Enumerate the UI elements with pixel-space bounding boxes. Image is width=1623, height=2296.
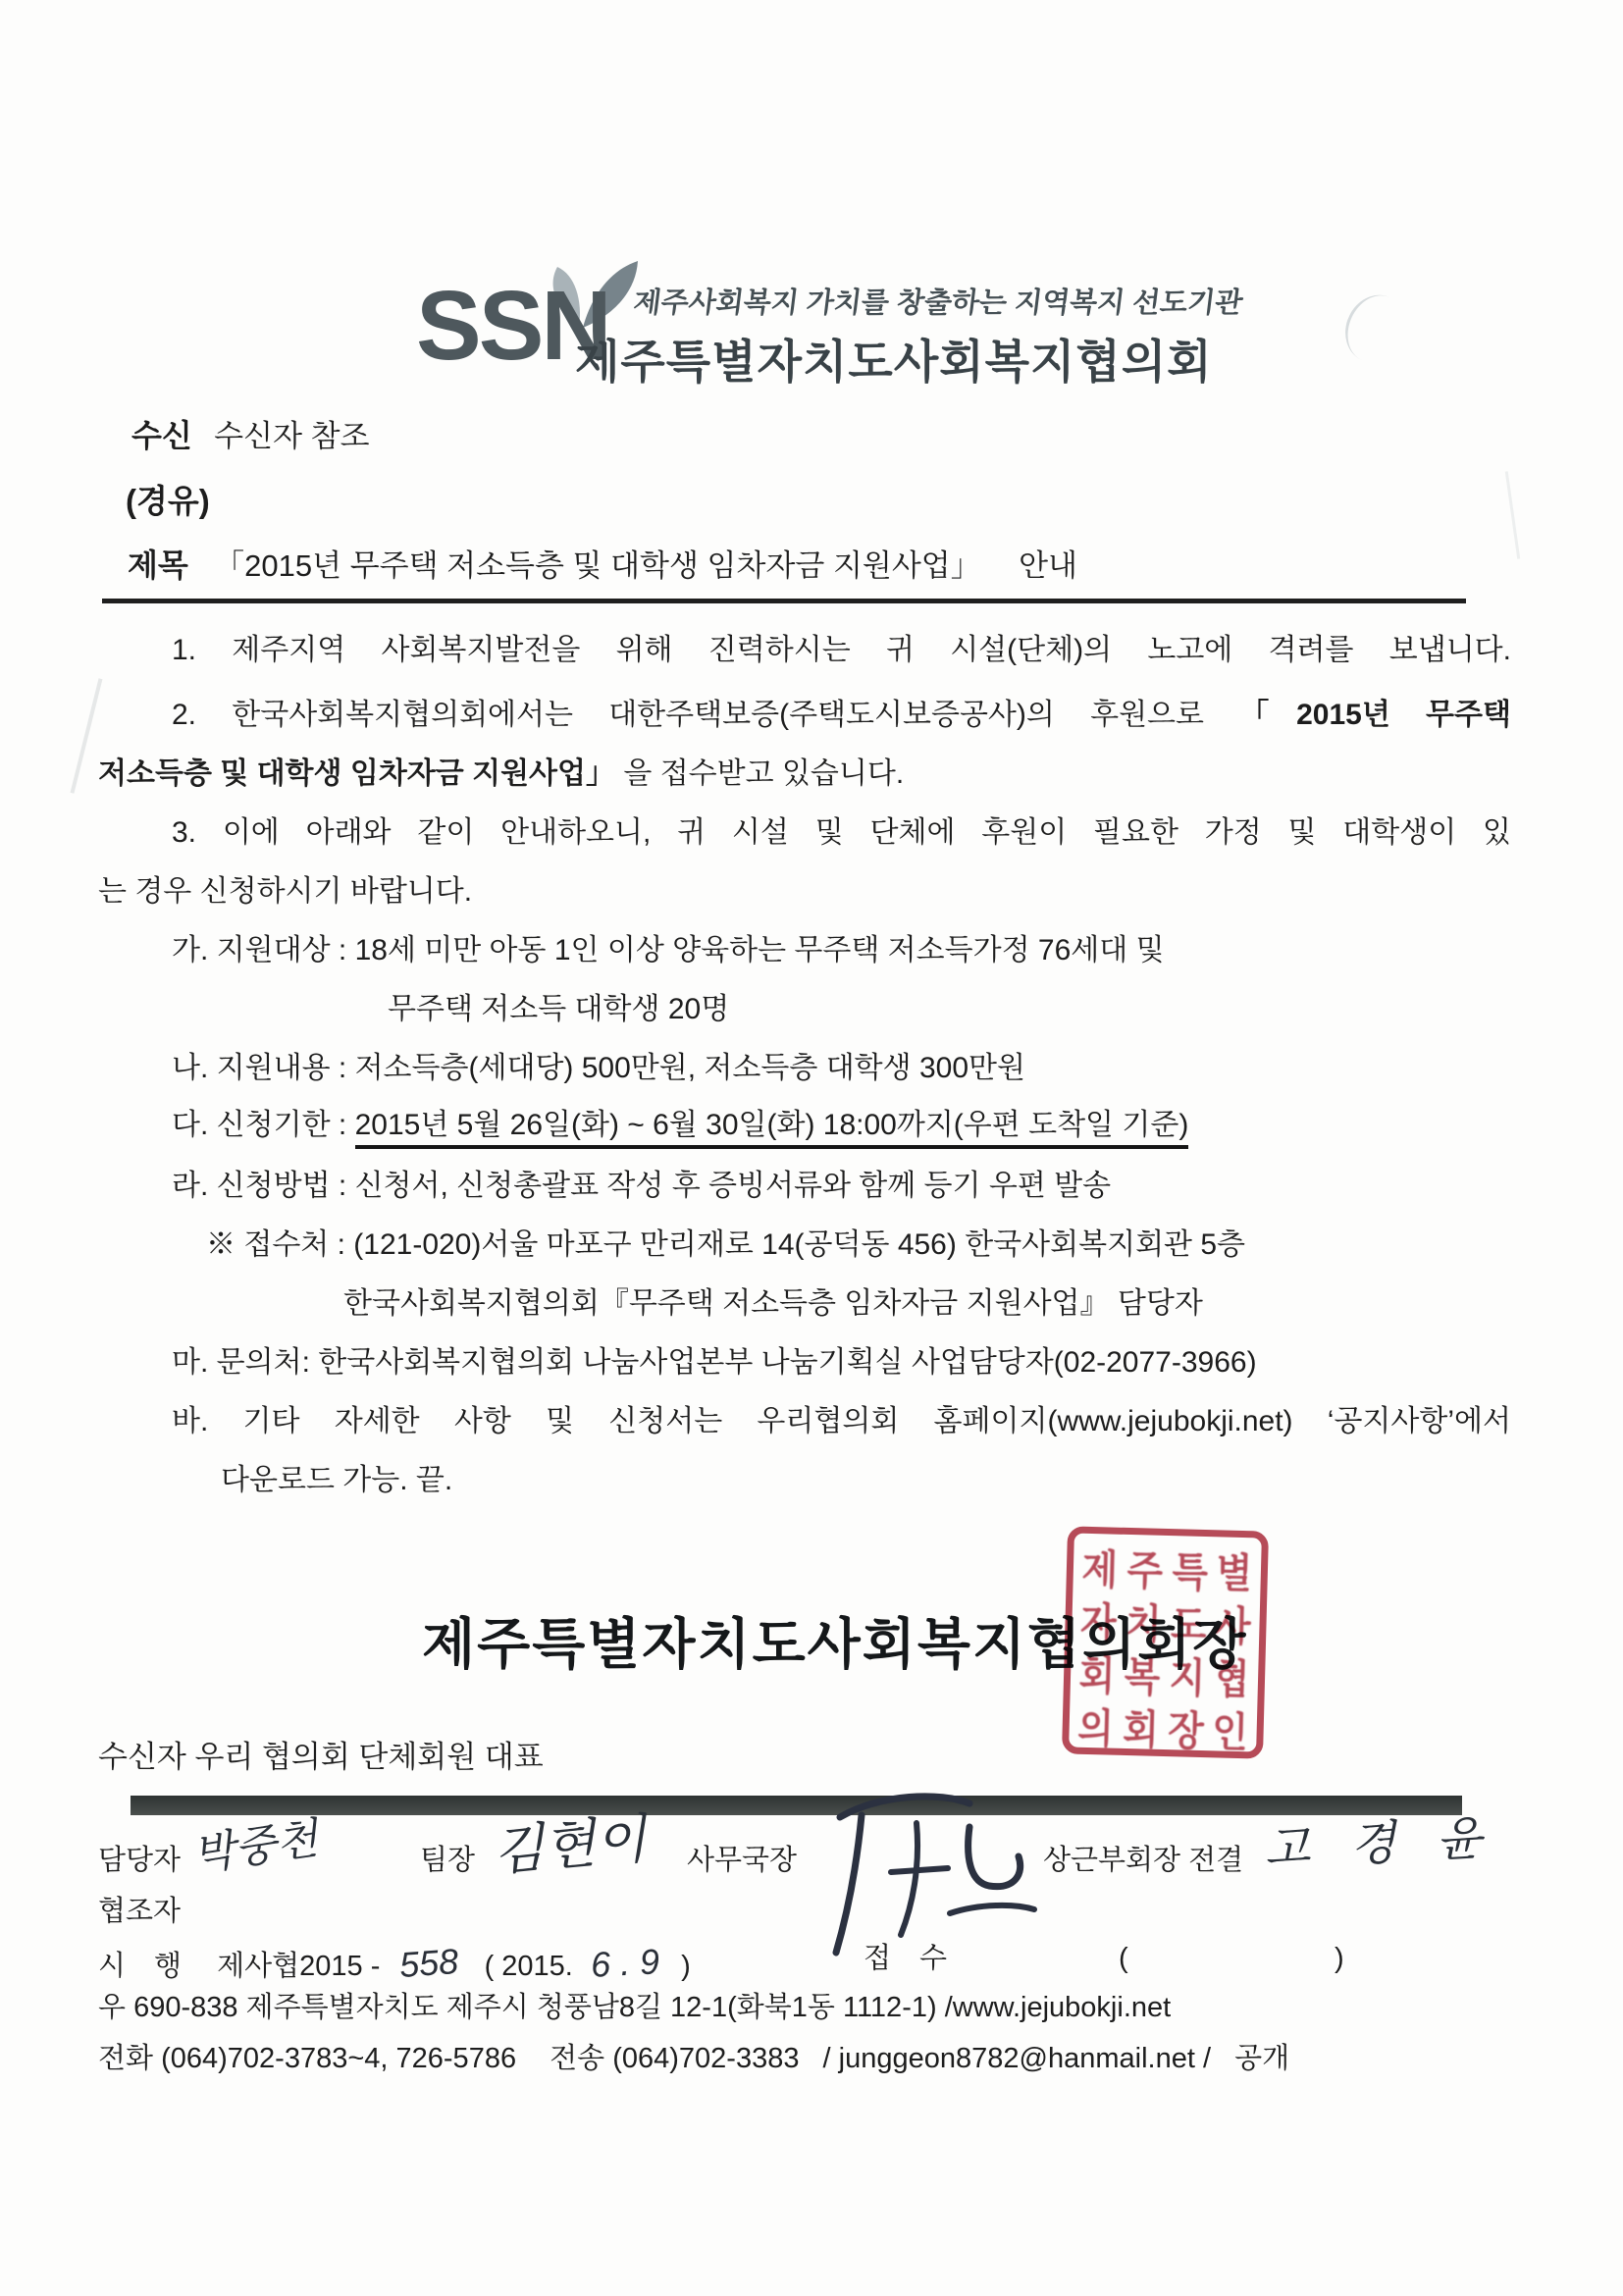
doc-number-prefix: 제사협2015 - [217,1951,380,1982]
paragraph-2-bold: 「2015년 무주택 [1239,699,1511,731]
secretary-general-label: 사무국장 [687,1843,797,1878]
logo-org-name: 제주특별자치도사회복지협의회 [575,326,1213,391]
seal-char: 주 [1122,1538,1169,1598]
phone-number: 전화 (064)702-3783~4, 726-5786 [98,2043,516,2074]
seal-char: 장 [1162,1697,1209,1758]
execution-line: 시 행 제사협2015 - 558 ( 2015. 6 . 9 ) [98,1941,691,1985]
seal-char: 치 [1120,1591,1167,1651]
receipt-paren-close: ) [1335,1941,1344,1976]
doc-number-handwritten: 558 [398,1939,460,1987]
team-leader-label: 팀장 [420,1843,475,1878]
email-address: / junggeon8782@hanmail.net / [823,2043,1211,2074]
subject-suffix: 안내 [1019,548,1077,583]
paragraph-2-line1: 2. 한국사회복지협의회에서는 대한주택보증(주택도시보증공사)의 후원으로 「… [172,697,1511,734]
recipient-label: 수신 [131,418,192,453]
recipient-line: 수신 수신자 참조 [131,416,370,456]
seal-char: 지 [1163,1644,1210,1705]
distribution-line: 수신자 우리 협의회 단체회원 대표 [98,1739,544,1777]
address-line: 우 690-838 제주특별자치도 제주시 청풍남8길 12-1(화북1동 11… [98,1990,1171,2025]
seal-char: 특 [1166,1539,1213,1599]
item-na: 나. 지원내용 : 저소득층(세대당) 500만원, 저소득층 대학생 300만… [172,1050,1025,1087]
item-ba-line2: 다운로드 가능. 끝. [221,1462,452,1499]
subject-label: 제목 [128,548,188,583]
via-line: (경유) [126,481,210,521]
receipt-paren-open: ( [1119,1941,1128,1976]
contact-line: 전화 (064)702-3783~4, 726-5786 전송 (064)702… [98,2041,1289,2076]
seal-char: 회 [1073,1642,1121,1702]
seal-char: 협 [1208,1645,1255,1706]
item-da-label: 다. 신청기한 : [172,1109,355,1141]
scan-artifact [1335,286,1416,372]
official-seal-stamp: 제 주 특 별 자 치 도 사 회 복 지 협 의 회 장 인 [1062,1526,1269,1758]
paragraph-2-line2: 저소득층 및 대학생 임차자금 지원사업」 을 접수받고 있습니다. [98,756,904,793]
date-suffix: ) [681,1951,691,1982]
date-handwritten: 6 . 9 [590,1939,660,1987]
item-da: 다. 신청기한 : 2015년 5월 26일(화) ~ 6월 30일(화) 18… [172,1107,1188,1144]
paragraph-2-bold-cont: 저소득층 및 대학생 임차자금 지원사업」 [98,757,615,790]
paragraph-3-line1: 3. 이에 아래와 같이 안내하오니, 귀 시설 및 단체에 후원이 필요한 가… [172,814,1511,852]
item-da-deadline: 2015년 5월 26일(화) ~ 6월 30일(화) 18:00까지(우편 도… [355,1109,1189,1149]
seal-char: 인 [1207,1698,1254,1759]
paragraph-2-text: 2. 한국사회복지협의회에서는 대한주택보증(주택도시보증공사)의 후원으로 [172,699,1239,731]
seal-char: 회 [1117,1696,1164,1757]
team-leader-signature: 김현이 [490,1797,650,1885]
vice-chair-label: 상근부회장 전결 [1043,1843,1243,1878]
item-note-line1: ※ 접수처 : (121-020)서울 마포구 만리재로 14(공덕동 456)… [206,1226,1245,1264]
seal-char: 사 [1210,1592,1257,1653]
subject-line: 제목 「2015년 무주택 저소득층 및 대학생 임차자금 지원사업」 안내 [128,546,1077,586]
scan-artifact [1505,471,1520,559]
cooperator-label: 협조자 [98,1894,181,1929]
seal-char: 의 [1073,1695,1120,1755]
item-ga-line1: 가. 지원대상 : 18세 미만 아동 1인 이상 양육하는 무주택 저소득가정… [172,932,1165,969]
seal-char: 복 [1119,1644,1166,1704]
seal-char: 제 [1076,1536,1124,1596]
secretary-general-signature [822,1788,1048,1964]
item-ma: 마. 문의처: 한국사회복지협의회 나눔사업본부 나눔기획실 사업담당자(02-… [172,1344,1257,1382]
seal-char: 자 [1074,1589,1122,1649]
seal-char: 별 [1211,1539,1258,1600]
subject-value: 「2015년 무주택 저소득층 및 대학생 임차자금 지원사업」 [214,548,981,583]
paragraph-1: 1. 제주지역 사회복지발전을 위해 진력하시는 귀 시설(단체)의 노고에 격… [172,632,1511,669]
date-prefix: ( 2015. [485,1951,573,1982]
fax-number: 전송 (064)702-3383 [550,2043,799,2074]
manager-label: 담당자 [98,1843,181,1878]
item-ba-line1: 바. 기타 자세한 사항 및 신청서는 우리협의회 홈페이지(www.jejub… [172,1403,1511,1440]
execution-label: 시 행 [98,1951,182,1982]
seal-char: 도 [1165,1592,1212,1652]
paragraph-3-line2: 는 경우 신청하시기 바랍니다. [98,873,472,911]
item-note-line2: 한국사회복지협의회『무주택 저소득층 임차자금 지원사업』 담당자 [343,1285,1203,1323]
disclosure-label: 공개 [1234,2043,1289,2074]
item-ra: 라. 신청방법 : 신청서, 신청총괄표 작성 후 증빙서류와 함께 등기 우편… [172,1168,1111,1205]
paragraph-2-suffix: 을 접수받고 있습니다. [623,757,904,790]
logo-slogan: 제주사회복지 가치를 창출하는 지역복지 선도기관 [631,281,1245,321]
recipient-value: 수신자 참조 [214,419,369,453]
subject-divider [102,599,1466,603]
scanned-letter-page: SSN 제주사회복지 가치를 창출하는 지역복지 선도기관 제주특별자치도사회복… [0,0,1623,2296]
item-ga-line2: 무주택 저소득 대학생 20명 [388,991,729,1028]
vice-chair-signature: 고 경 윤 [1262,1800,1496,1879]
